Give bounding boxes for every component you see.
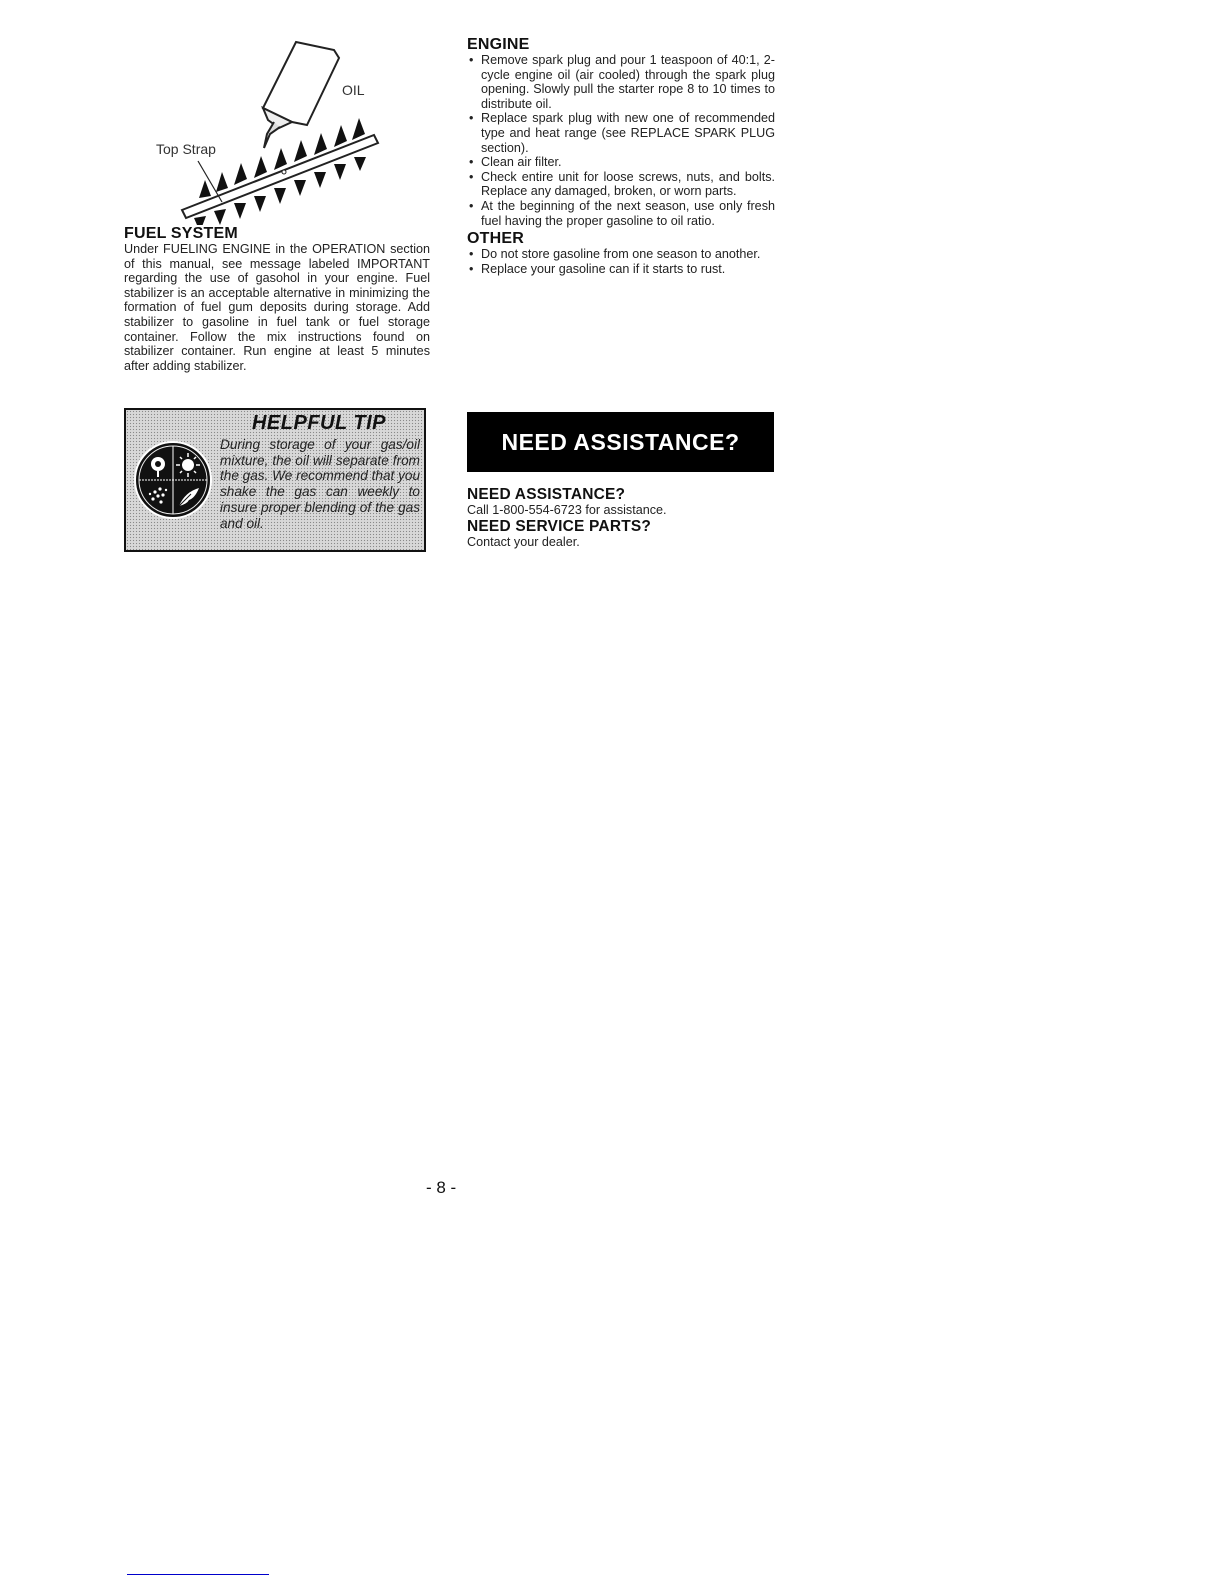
engine-list: •Remove spark plug and pour 1 teaspoon o… <box>467 53 775 228</box>
list-item: •Remove spark plug and pour 1 teaspoon o… <box>467 53 775 111</box>
need-assistance-heading: NEED ASSISTANCE? <box>467 486 777 503</box>
bullet-icon: • <box>469 262 473 277</box>
fuel-system-heading: FUEL SYSTEM <box>124 225 430 242</box>
assistance-section: NEED ASSISTANCE? Call 1-800-554-6723 for… <box>467 486 777 550</box>
service-parts-heading: NEED SERVICE PARTS? <box>467 518 777 535</box>
oil-blade-illustration-icon <box>124 30 430 225</box>
engine-heading: ENGINE <box>467 36 775 53</box>
bullet-icon: • <box>469 53 473 68</box>
four-seasons-icon <box>133 440 213 525</box>
list-item: •Check entire unit for loose screws, nut… <box>467 170 775 199</box>
bullet-icon: • <box>469 155 473 170</box>
bullet-icon: • <box>469 199 473 214</box>
helpful-tip-box: HELPFUL TIP During storage of your gas/o… <box>124 408 426 552</box>
right-column: ENGINE •Remove spark plug and pour 1 tea… <box>467 36 775 276</box>
bullet-icon: • <box>469 170 473 185</box>
footer-rule <box>127 1574 269 1575</box>
top-strap-label: Top Strap <box>156 141 216 157</box>
hedge-trimmer-oil-illustration: OIL Top Strap <box>124 30 430 225</box>
assistance-phone-text: Call 1-800-554-6723 for assistance. <box>467 503 777 518</box>
list-item: •Clean air filter. <box>467 155 775 170</box>
need-assistance-banner: NEED ASSISTANCE? <box>467 412 774 472</box>
oil-label: OIL <box>342 82 365 98</box>
helpful-tip-title: HELPFUL TIP <box>126 412 424 435</box>
list-item: •Replace spark plug with new one of reco… <box>467 111 775 155</box>
bullet-icon: • <box>469 111 473 126</box>
fuel-system-body: Under FUELING ENGINE in the OPERATION se… <box>124 242 430 373</box>
list-item: •At the beginning of the next season, us… <box>467 199 775 228</box>
left-column: OIL Top Strap FUEL SYSTEM Under FUELING … <box>124 30 430 373</box>
list-item: •Do not store gasoline from one season t… <box>467 247 775 262</box>
other-heading: OTHER <box>467 230 775 247</box>
bullet-icon: • <box>469 247 473 262</box>
helpful-tip-text: During storage of your gas/oil mixture, … <box>220 437 420 531</box>
other-list: •Do not store gasoline from one season t… <box>467 247 775 276</box>
page-number: - 8 - <box>426 1178 456 1198</box>
service-parts-text: Contact your dealer. <box>467 535 777 550</box>
list-item: •Replace your gasoline can if it starts … <box>467 262 775 277</box>
